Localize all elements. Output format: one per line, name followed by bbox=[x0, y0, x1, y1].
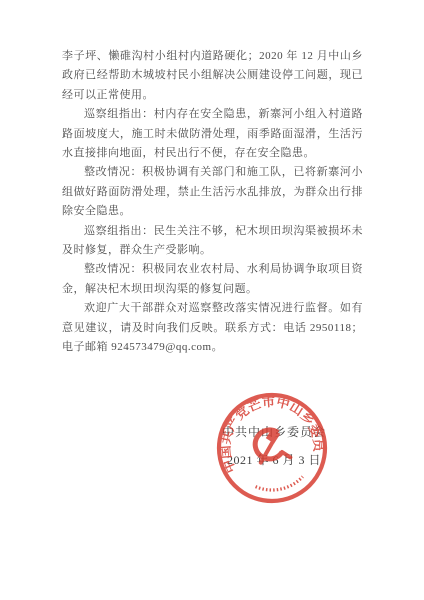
signature-date: 2021 年 6 月 3 日 bbox=[190, 451, 358, 468]
seal-code-marks bbox=[256, 477, 305, 494]
paragraph: 李子坪、懒碓沟村小组村内道路硬化；2020 年 12 月中山乡政府已经帮助木城坡… bbox=[62, 47, 363, 105]
paragraph: 整改情况：积极同农业农村局、水利局协调争取项目资金，解决杞木坝田坝沟渠的修复问题… bbox=[62, 260, 363, 299]
document-body: 李子坪、懒碓沟村小组村内道路硬化；2020 年 12 月中山乡政府已经帮助木城坡… bbox=[62, 47, 363, 358]
paragraph: 整改情况：积极协调有关部门和施工队，已将新寨河小组做好路面防滑处理，禁止生活污水… bbox=[62, 163, 363, 221]
signature-org: 中共中山乡委员会 bbox=[190, 423, 358, 440]
paragraph: 欢迎广大干部群众对巡察整改落实情况进行监督。如有意见建议，请及时向我们反映。联系… bbox=[62, 299, 363, 357]
paragraph: 巡察组指出：村内存在安全隐患，新寨河小组入村道路路面坡度大，施工时未做防滑处理，… bbox=[62, 105, 363, 163]
paragraph: 巡察组指出：民生关注不够，杞木坝田坝沟渠被损坏未及时修复，群众生产受影响。 bbox=[62, 222, 363, 261]
signature-block: 中共中山乡委员会 2021 年 6 月 3 日 bbox=[190, 423, 358, 468]
document-page: 李子坪、懒碓沟村小组村内道路硬化；2020 年 12 月中山乡政府已经帮助木城坡… bbox=[0, 0, 424, 600]
